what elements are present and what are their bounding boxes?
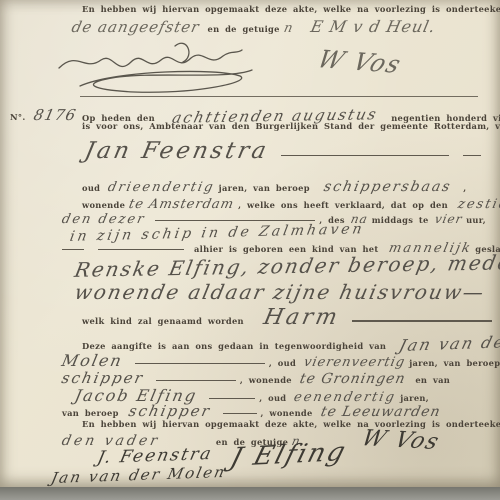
prev-act-witness-label: en de getuige [207,24,279,34]
time-printed-2: middags te [372,215,429,225]
witness2-residence-handwriting: te Leeuwarden [319,404,442,420]
fill-rule [135,361,265,364]
prev-act-vos-signature: W Vos [314,45,407,79]
child-name-label-printed: welk kind zal genaamd worden [82,316,244,326]
time-printed-3: uur, [466,215,486,225]
witness1-age-suffix: jaren, van beroep [409,358,500,368]
birthday-handwriting-2: den dezer [60,212,146,227]
witness2-residence-label: , wonende [261,408,313,418]
illegible-signature-scribble-2 [68,66,258,96]
witness1-residence-handwriting: te Groningen [298,371,407,387]
fill-rule [463,153,481,156]
age-label-printed: oud [82,183,100,193]
registrar-signature-heul: E M v d Heul. [309,17,438,36]
fill-rule [156,378,236,381]
witness1-residence-label: , wonende [240,375,292,385]
child-name-handwriting: Harm [261,305,342,330]
signature-van-der-molen: Jan van der Molen [49,463,228,487]
signature-vos-bottom: W Vos [358,426,444,455]
witness2-occupation-handwriting: schipper [127,402,213,420]
mother-handwriting-line-2: wonende aldaar zijne huisvrouw— [72,280,487,304]
prev-act-plural-suffix: n [282,21,295,36]
age-handwriting: drieendertig [107,180,217,195]
witnesses-intro-printed: Deze aangifte is aan ons gedaan in tegen… [82,341,386,351]
age-suffix-printed: jaren, van beroep [219,183,310,193]
witness1-age-handwriting: vierenveertig [302,355,406,370]
fill-rule [98,247,184,250]
fill-rule [209,396,255,399]
section-divider-line [80,96,478,97]
fill-rule [281,153,449,156]
witness1-occupation-handwriting: schipper [60,369,146,387]
fill-rule [223,411,257,414]
document-paper: En hebben wij hiervan opgemaakt deze akt… [0,0,500,488]
act-number-label: N°. [10,112,26,122]
occupation-handwriting: schippersbaas [322,179,453,195]
act-registrar-printed: is voor ons, Ambtenaar van den Burgerlij… [82,121,500,131]
signature-elfing: J Elfing [227,437,350,473]
conjunction-printed: en van [415,375,450,385]
residence-label-printed: wonende [82,200,125,210]
act-number-handwriting: 8176 [32,106,78,124]
declarant-name-handwriting: Jan Feenstra [82,138,271,164]
declared-printed: , welke ons heeft verklaard, dat op den [238,200,448,210]
fill-rule [62,247,84,250]
fill-rule [352,318,492,322]
witness2-occupation-label: van beroep [62,408,119,418]
comma-printed: , [463,183,466,193]
witness1-age-label: , oud [269,358,296,368]
witness1-name-handwriting-2: Molen [60,351,125,370]
scan-background-edge [0,487,500,500]
prev-act-declarant-handwriting: de aangeefster [70,18,201,36]
prev-act-closing-line: En hebben wij hiervan opgemaakt deze akt… [82,4,500,14]
fill-rule [155,218,315,221]
time-handwriting-2: vier [433,212,463,226]
